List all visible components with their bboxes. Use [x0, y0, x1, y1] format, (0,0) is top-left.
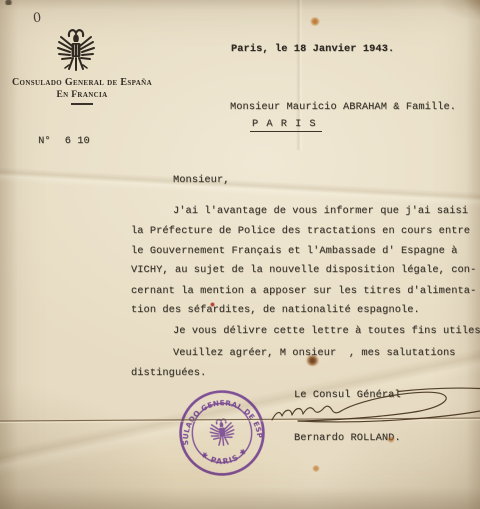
- signer-name: Bernardo ROLLAND.: [294, 432, 401, 444]
- reference-label: N°: [38, 135, 51, 147]
- consular-stamp: CONSULADO GENERAL DE ESPAÑA ✱ PARIS ✱: [171, 382, 272, 483]
- body-line: Veuillez agréer, M onsieur , mes salutat…: [173, 347, 456, 359]
- svg-text:✱ PARIS ✱: ✱ PARIS ✱: [199, 445, 251, 468]
- letterhead-org-name: Consulado General de España En Francia: [6, 76, 158, 102]
- body-line: J'ai l'avantage de vous informer que j'a…: [173, 205, 468, 217]
- body-line: tion des séfardites, de nationalité espa…: [131, 304, 420, 316]
- body-line: Je vous délivre cette lettre à toutes fi…: [173, 325, 480, 337]
- letterhead-org-line1: Consulado General de España: [6, 76, 158, 89]
- body-line: VICHY, au sujet de la nouvelle dispositi…: [131, 264, 476, 276]
- closing-title: Le Consul Général: [294, 389, 401, 401]
- body-line: le Gouvernement Français et l'Ambassade …: [131, 245, 458, 257]
- body-line: distinguées.: [131, 367, 206, 379]
- eagle-emblem-icon: [56, 26, 96, 74]
- stamp-eagle-icon: [209, 418, 235, 446]
- reference-number: 6 10: [65, 135, 90, 147]
- letterhead-org-line2: En Francia: [6, 89, 158, 102]
- reference-number-line: N°6 10: [13, 123, 90, 159]
- rust-stain: [312, 465, 320, 472]
- recipient-city: P A R I S: [250, 118, 322, 130]
- handwritten-zero-mark: 0: [32, 11, 41, 27]
- recipient-name: Monsieur Mauricio ABRAHAM & Famille.: [230, 101, 456, 113]
- body-line: la Préfecture de Police des tractations …: [131, 225, 470, 237]
- stamp-bottom-text: ✱ PARIS ✱: [199, 445, 251, 468]
- letterhead-divider: [71, 103, 93, 105]
- recipient-city-text: P A R I S: [250, 118, 322, 132]
- letter-document: 0 Consulado General de España En Francia…: [0, 0, 480, 509]
- body-line: cernant la mention a apposer sur les tit…: [131, 285, 476, 297]
- salutation: Monsieur,: [173, 174, 230, 186]
- rust-stain: [310, 17, 320, 26]
- date-line: Paris, le 18 Janvier 1943.: [231, 43, 394, 55]
- paper-edge-speck: [4, 0, 13, 5]
